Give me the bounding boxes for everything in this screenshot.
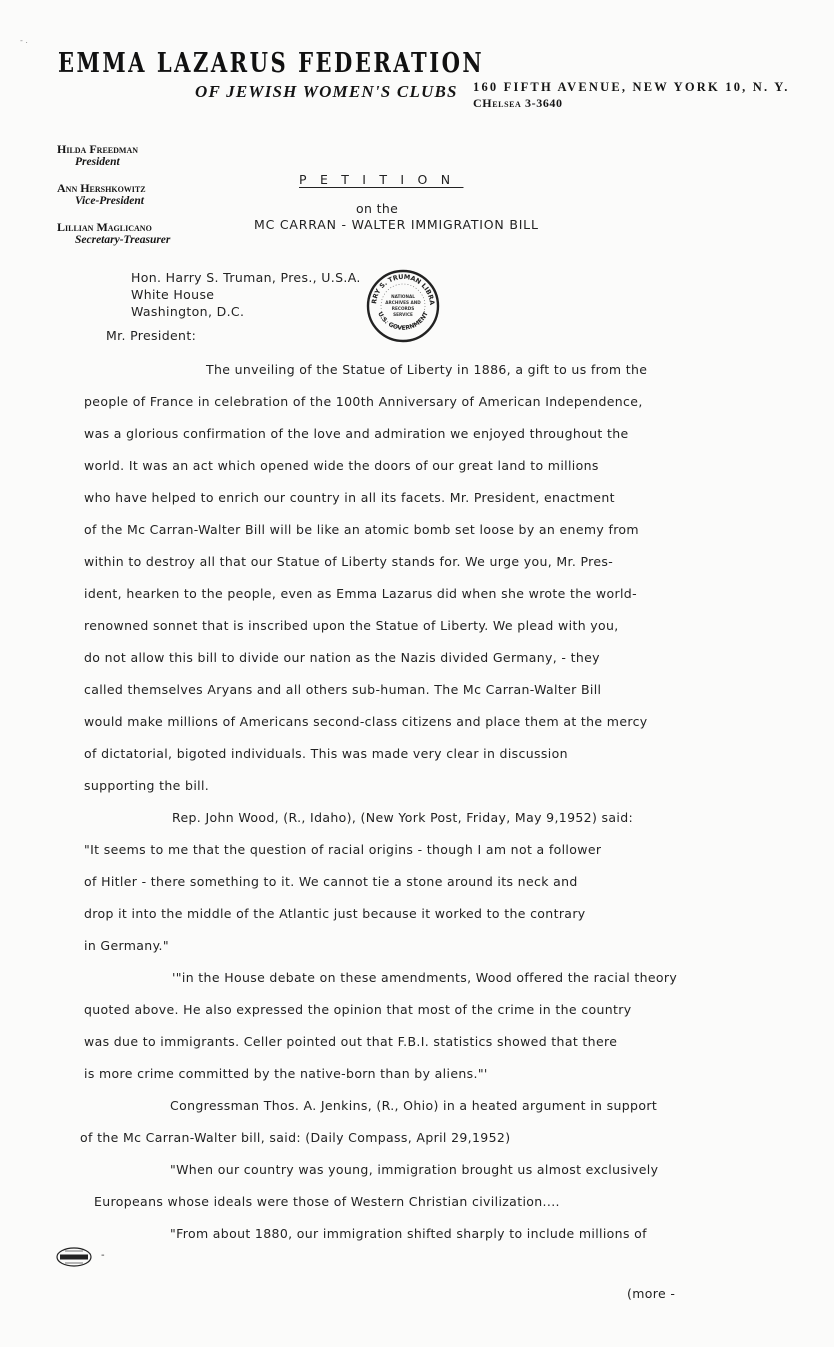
- body-line: of Hitler - there something to it. We ca…: [84, 874, 578, 889]
- officer-name: Hilda Freedman: [57, 143, 170, 156]
- officer-name: Lillian Maglicano: [57, 221, 170, 234]
- body-line: do not allow this bill to divide our nat…: [84, 650, 600, 665]
- continued-marker: (more -: [627, 1286, 675, 1301]
- organization-name: EMMA LAZARUS FEDERATION: [58, 48, 484, 79]
- svg-text:ARCHIVES AND: ARCHIVES AND: [385, 300, 421, 305]
- officer-vice-president: Ann Hershkowitz Vice-President: [57, 182, 170, 208]
- scan-mark: - .: [20, 36, 28, 45]
- svg-text:NATIONAL: NATIONAL: [391, 294, 415, 299]
- body-line: ident, hearken to the people, even as Em…: [84, 586, 637, 601]
- body-line: "From about 1880, our immigration shifte…: [170, 1226, 647, 1241]
- body-line: Rep. John Wood, (R., Idaho), (New York P…: [172, 810, 633, 825]
- body-line: world. It was an act which opened wide t…: [84, 458, 599, 473]
- body-line: Europeans whose ideals were those of Wes…: [94, 1194, 560, 1209]
- organization-phone: CHelsea 3-3640: [473, 96, 563, 111]
- body-line: in Germany.": [84, 938, 169, 953]
- addressee-line: Washington, D.C.: [131, 303, 244, 320]
- body-line: of dictatorial, bigoted individuals. Thi…: [84, 746, 568, 761]
- organization-subtitle: OF JEWISH WOMEN'S CLUBS: [195, 82, 458, 102]
- body-line: "When our country was young, immigration…: [170, 1162, 658, 1177]
- body-line: quoted above. He also expressed the opin…: [84, 1002, 631, 1017]
- union-bug-icon: [56, 1247, 92, 1267]
- body-line: who have helped to enrich our country in…: [84, 490, 615, 505]
- salutation: Mr. President:: [106, 328, 196, 343]
- body-line: would make millions of Americans second-…: [84, 714, 648, 729]
- archive-stamp-icon: HARRY S. TRUMAN LIBRARY U.S. GOVERNMENT …: [364, 267, 442, 345]
- body-line: was due to immigrants. Celler pointed ou…: [84, 1034, 617, 1049]
- petition-title: PETITION: [299, 172, 463, 187]
- officer-title: Secretary-Treasurer: [57, 234, 170, 247]
- organization-address: 160 FIFTH AVENUE, NEW YORK 10, N. Y.: [473, 80, 790, 95]
- bill-title: MC CARRAN - WALTER IMMIGRATION BILL: [254, 217, 539, 232]
- body-line: of the Mc Carran-Walter Bill will be lik…: [84, 522, 639, 537]
- officer-secretary-treasurer: Lillian Maglicano Secretary-Treasurer: [57, 221, 170, 247]
- petition-subtitle: on the: [356, 201, 398, 216]
- officer-title: Vice-President: [57, 195, 170, 208]
- body-line: is more crime committed by the native-bo…: [84, 1066, 488, 1081]
- body-line: people of France in celebration of the 1…: [84, 394, 643, 409]
- body-line: renowned sonnet that is inscribed upon t…: [84, 618, 619, 633]
- body-line: called themselves Aryans and all others …: [84, 682, 601, 697]
- body-line: was a glorious confirmation of the love …: [84, 426, 629, 441]
- svg-text:SERVICE: SERVICE: [393, 312, 413, 317]
- officers-list: Hilda Freedman President Ann Hershkowitz…: [57, 143, 170, 260]
- addressee-line: White House: [131, 286, 214, 303]
- body-line: The unveiling of the Statue of Liberty i…: [206, 362, 647, 377]
- body-line: "It seems to me that the question of rac…: [84, 842, 601, 857]
- body-line: Congressman Thos. A. Jenkins, (R., Ohio)…: [170, 1098, 657, 1113]
- officer-president: Hilda Freedman President: [57, 143, 170, 169]
- body-line: of the Mc Carran-Walter bill, said: (Dai…: [80, 1130, 510, 1145]
- union-bug-dash: -: [101, 1250, 105, 1261]
- petition-letter-page: - . EMMA LAZARUS FEDERATION OF JEWISH WO…: [0, 0, 834, 1347]
- body-line: within to destroy all that our Statue of…: [84, 554, 613, 569]
- body-line: supporting the bill.: [84, 778, 209, 793]
- officer-title: President: [57, 156, 170, 169]
- officer-name: Ann Hershkowitz: [57, 182, 170, 195]
- addressee-line: Hon. Harry S. Truman, Pres., U.S.A.: [131, 269, 361, 286]
- body-line: '"in the House debate on these amendment…: [172, 970, 677, 985]
- body-line: drop it into the middle of the Atlantic …: [84, 906, 586, 921]
- svg-text:RECORDS: RECORDS: [392, 306, 414, 311]
